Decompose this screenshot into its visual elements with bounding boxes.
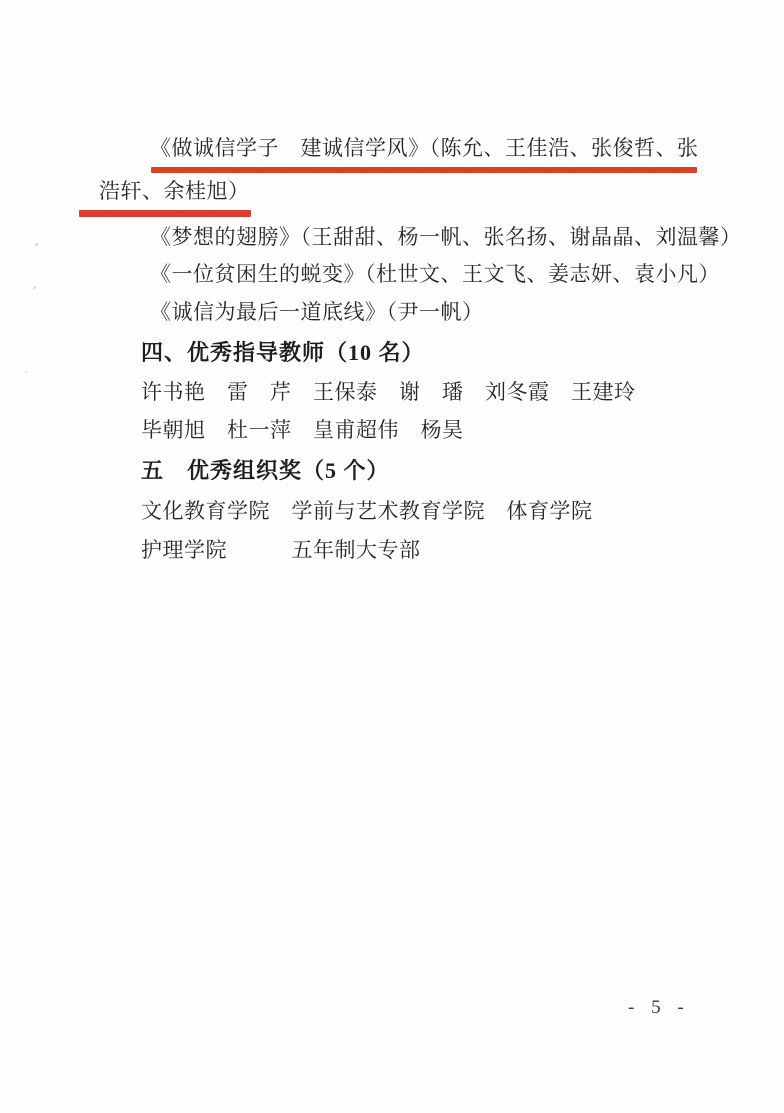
section-orgs-heading: 五 优秀组织奖（5 个） <box>141 458 390 484</box>
orgs-row-2: 护理学院 五年制大专部 <box>141 538 421 563</box>
orgs-row-1: 文化教育学院 学前与艺术教育学院 体育学院 <box>141 499 593 524</box>
award-entry1-line2: 浩轩、余桂旭） <box>99 179 250 204</box>
scan-speck <box>33 286 36 289</box>
award-entry2: 《梦想的翅膀》（王甜甜、杨一帆、张名扬、谢晶晶、刘温馨） <box>150 225 742 250</box>
section-teachers-heading: 四、优秀指导教师（10 名） <box>141 340 425 366</box>
award-entry4: 《诚信为最后一道底线》（尹一帆） <box>150 300 484 325</box>
award-entry3: 《一位贫困生的蜕变》（杜世文、王文飞、姜志妍、袁小凡） <box>150 262 720 287</box>
red-underline-2 <box>79 210 251 217</box>
page-number: - 5 - <box>628 997 690 1019</box>
scan-speck <box>35 243 38 246</box>
document-page: 《做诚信学子 建诚信学风》（陈允、王佳浩、张俊哲、张 浩轩、余桂旭） 《梦想的翅… <box>0 0 784 1113</box>
red-underline-1 <box>151 167 697 173</box>
teachers-row-2: 毕朝旭 杜一萍 皇甫超伟 杨昊 <box>141 418 464 443</box>
teachers-row-1: 许书艳 雷 芹 王保泰 谢 璠 刘冬霞 王建玲 <box>141 380 636 405</box>
scan-speck <box>25 371 27 373</box>
award-entry1-line1: 《做诚信学子 建诚信学风》（陈允、王佳浩、张俊哲、张 <box>150 136 699 161</box>
